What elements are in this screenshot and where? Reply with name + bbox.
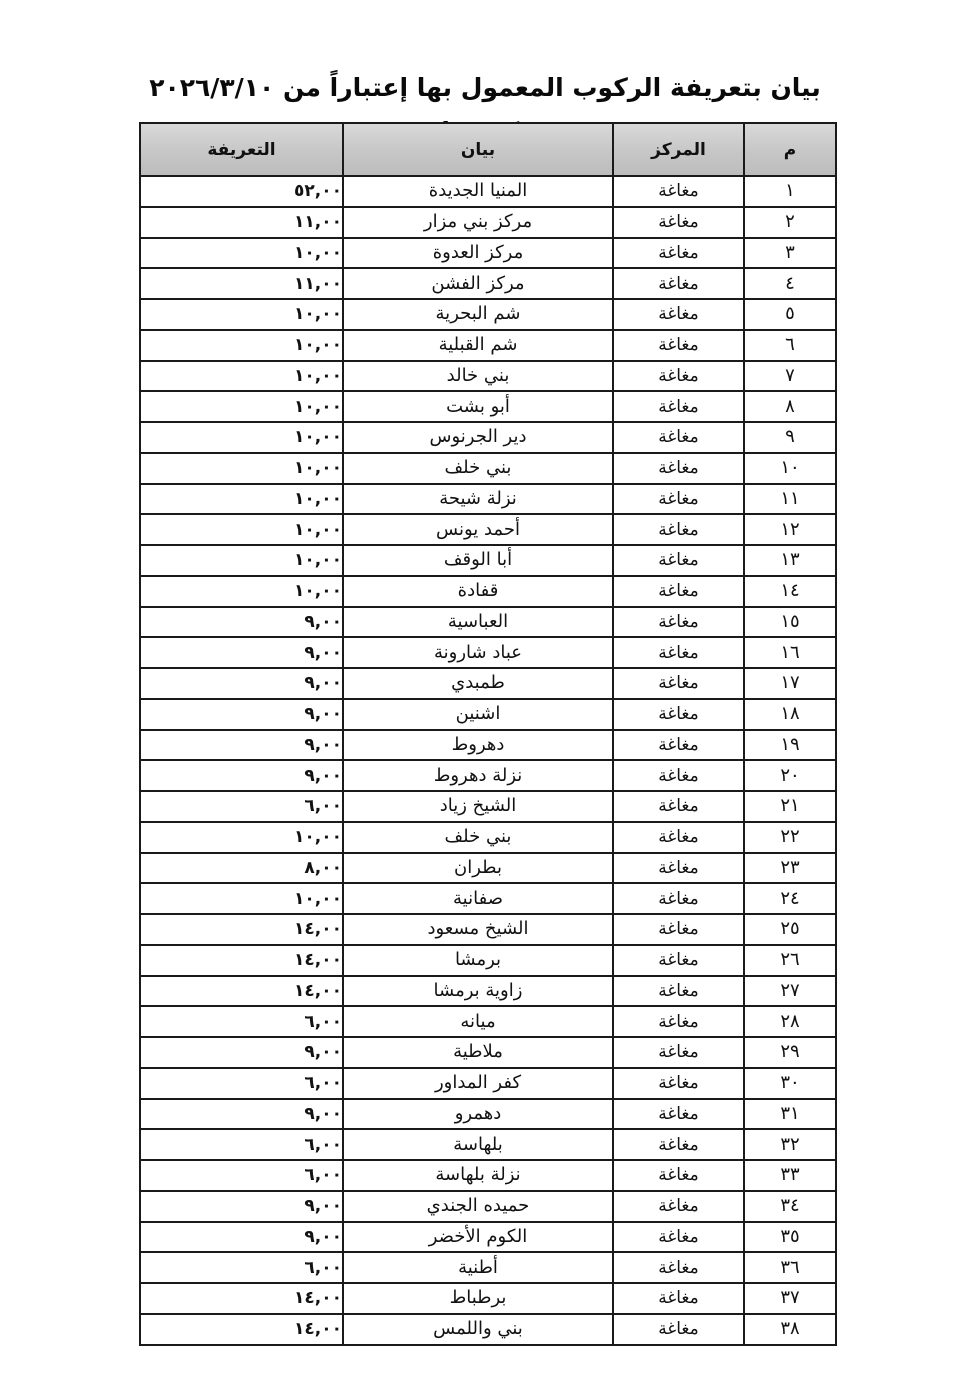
cell-fare: ١٠,٠٠ <box>140 361 343 392</box>
table-row: ٦مغاغةشم القبلية١٠,٠٠ <box>140 330 836 361</box>
cell-description: صفانية <box>343 883 613 914</box>
cell-fare: ١٠,٠٠ <box>140 453 343 484</box>
cell-description: المنيا الجديدة <box>343 176 613 207</box>
table-row: ٢مغاغةمركز بني مزار١١,٠٠ <box>140 207 836 238</box>
table-row: ١مغاغةالمنيا الجديدة٥٢,٠٠ <box>140 176 836 207</box>
cell-number: ٣٣ <box>744 1160 836 1191</box>
table-row: ١٩مغاغةدهروط٩,٠٠ <box>140 730 836 761</box>
cell-center: مغاغة <box>613 1006 744 1037</box>
cell-number: ١٩ <box>744 730 836 761</box>
cell-center: مغاغة <box>613 1160 744 1191</box>
cell-number: ٢٨ <box>744 1006 836 1037</box>
cell-description: مركز العدوة <box>343 238 613 269</box>
cell-number: ٢٧ <box>744 976 836 1007</box>
cell-description: ميانه <box>343 1006 613 1037</box>
cell-number: ١٦ <box>744 637 836 668</box>
table-row: ٢٩مغاغةملاطية٩,٠٠ <box>140 1037 836 1068</box>
cell-description: أطنية <box>343 1252 613 1283</box>
cell-fare: ١٠,٠٠ <box>140 238 343 269</box>
cell-description: العباسية <box>343 607 613 638</box>
cell-number: ٢١ <box>744 791 836 822</box>
cell-fare: ١٠,٠٠ <box>140 391 343 422</box>
cell-center: مغاغة <box>613 1099 744 1130</box>
cell-center: مغاغة <box>613 607 744 638</box>
cell-center: مغاغة <box>613 299 744 330</box>
cell-description: اشنين <box>343 699 613 730</box>
cell-description: برطباط <box>343 1283 613 1314</box>
table-row: ٤مغاغةمركز الفشن١١,٠٠ <box>140 268 836 299</box>
cell-number: ١٢ <box>744 514 836 545</box>
cell-description: طمبدي <box>343 668 613 699</box>
cell-center: مغاغة <box>613 730 744 761</box>
table-row: ١٥مغاغةالعباسية٩,٠٠ <box>140 607 836 638</box>
cell-description: نزلة بلهاسة <box>343 1160 613 1191</box>
cell-fare: ١١,٠٠ <box>140 207 343 238</box>
cell-center: مغاغة <box>613 268 744 299</box>
cell-center: مغاغة <box>613 576 744 607</box>
table-row: ٣٠مغاغةكفر المداور٦,٠٠ <box>140 1068 836 1099</box>
header-center: المركز <box>613 123 744 176</box>
cell-center: مغاغة <box>613 1222 744 1253</box>
table-row: ١١مغاغةنزلة شيحة١٠,٠٠ <box>140 484 836 515</box>
cell-center: مغاغة <box>613 668 744 699</box>
cell-number: ٢٠ <box>744 760 836 791</box>
cell-number: ٣٨ <box>744 1314 836 1345</box>
cell-center: مغاغة <box>613 1314 744 1345</box>
table-row: ١٧مغاغةطمبدي٩,٠٠ <box>140 668 836 699</box>
cell-fare: ١٤,٠٠ <box>140 945 343 976</box>
cell-center: مغاغة <box>613 453 744 484</box>
cell-description: مركز بني مزار <box>343 207 613 238</box>
table-row: ٢١مغاغةالشيخ زياد٦,٠٠ <box>140 791 836 822</box>
fare-table: م المركز بيان التعريفة ١مغاغةالمنيا الجد… <box>139 122 837 1346</box>
cell-fare: ١٠,٠٠ <box>140 422 343 453</box>
cell-description: مركز الفشن <box>343 268 613 299</box>
cell-number: ٦ <box>744 330 836 361</box>
cell-center: مغاغة <box>613 1252 744 1283</box>
table-row: ٨مغاغةأبو بشت١٠,٠٠ <box>140 391 836 422</box>
cell-description: بني خلف <box>343 453 613 484</box>
cell-center: مغاغة <box>613 1283 744 1314</box>
table-row: ٣٥مغاغةالكوم الأخضر٩,٠٠ <box>140 1222 836 1253</box>
cell-fare: ٩,٠٠ <box>140 668 343 699</box>
cell-center: مغاغة <box>613 514 744 545</box>
table-row: ٢٠مغاغةنزلة دهروط٩,٠٠ <box>140 760 836 791</box>
cell-description: أحمد يونس <box>343 514 613 545</box>
cell-description: كفر المداور <box>343 1068 613 1099</box>
cell-description: بني خالد <box>343 361 613 392</box>
cell-description: نزلة دهروط <box>343 760 613 791</box>
cell-description: دير الجرنوس <box>343 422 613 453</box>
cell-fare: ١١,٠٠ <box>140 268 343 299</box>
cell-fare: ١٠,٠٠ <box>140 299 343 330</box>
cell-fare: ٩,٠٠ <box>140 637 343 668</box>
cell-center: مغاغة <box>613 545 744 576</box>
header-description: بيان <box>343 123 613 176</box>
cell-fare: ٩,٠٠ <box>140 607 343 638</box>
cell-description: بني خلف <box>343 822 613 853</box>
cell-description: بطران <box>343 853 613 884</box>
cell-fare: ١٠,٠٠ <box>140 822 343 853</box>
cell-fare: ٨,٠٠ <box>140 853 343 884</box>
table-row: ٣٤مغاغةحميده الجندي٩,٠٠ <box>140 1191 836 1222</box>
table-row: ١٨مغاغةاشنين٩,٠٠ <box>140 699 836 730</box>
cell-center: مغاغة <box>613 822 744 853</box>
table-row: ٧مغاغةبني خالد١٠,٠٠ <box>140 361 836 392</box>
cell-number: ٩ <box>744 422 836 453</box>
cell-number: ١٨ <box>744 699 836 730</box>
cell-fare: ١٠,٠٠ <box>140 514 343 545</box>
table-row: ٢٥مغاغةالشيخ مسعود١٤,٠٠ <box>140 914 836 945</box>
cell-number: ٢٦ <box>744 945 836 976</box>
cell-center: مغاغة <box>613 1191 744 1222</box>
table-row: ٣٢مغاغةبلهاسة٦,٠٠ <box>140 1129 836 1160</box>
cell-fare: ٦,٠٠ <box>140 1068 343 1099</box>
cell-center: مغاغة <box>613 945 744 976</box>
cell-center: مغاغة <box>613 976 744 1007</box>
cell-number: ٢٥ <box>744 914 836 945</box>
cell-description: الكوم الأخضر <box>343 1222 613 1253</box>
cell-description: عباد شارونة <box>343 637 613 668</box>
cell-fare: ٩,٠٠ <box>140 1222 343 1253</box>
table-row: ٣مغاغةمركز العدوة١٠,٠٠ <box>140 238 836 269</box>
cell-center: مغاغة <box>613 207 744 238</box>
table-row: ١٦مغاغةعباد شارونة٩,٠٠ <box>140 637 836 668</box>
cell-description: شم البحرية <box>343 299 613 330</box>
cell-fare: ١٠,٠٠ <box>140 330 343 361</box>
cell-description: دهروط <box>343 730 613 761</box>
cell-center: مغاغة <box>613 391 744 422</box>
cell-center: مغاغة <box>613 914 744 945</box>
cell-number: ١٥ <box>744 607 836 638</box>
cell-number: ٧ <box>744 361 836 392</box>
cell-description: نزلة شيحة <box>343 484 613 515</box>
cell-fare: ١٤,٠٠ <box>140 976 343 1007</box>
cell-number: ١٣ <box>744 545 836 576</box>
cell-description: برمشا <box>343 945 613 976</box>
cell-fare: ١٠,٠٠ <box>140 576 343 607</box>
cell-center: مغاغة <box>613 330 744 361</box>
cell-center: مغاغة <box>613 699 744 730</box>
cell-center: مغاغة <box>613 760 744 791</box>
table-row: ٥مغاغةشم البحرية١٠,٠٠ <box>140 299 836 330</box>
cell-number: ٨ <box>744 391 836 422</box>
cell-number: ٣٠ <box>744 1068 836 1099</box>
cell-number: ١١ <box>744 484 836 515</box>
cell-fare: ٩,٠٠ <box>140 760 343 791</box>
cell-fare: ٦,٠٠ <box>140 1160 343 1191</box>
cell-fare: ١٠,٠٠ <box>140 883 343 914</box>
cell-number: ٥ <box>744 299 836 330</box>
cell-center: مغاغة <box>613 883 744 914</box>
cell-center: مغاغة <box>613 422 744 453</box>
cell-number: ٣٢ <box>744 1129 836 1160</box>
cell-center: مغاغة <box>613 853 744 884</box>
table-row: ٢٦مغاغةبرمشا١٤,٠٠ <box>140 945 836 976</box>
cell-description: الشيخ مسعود <box>343 914 613 945</box>
cell-number: ٣ <box>744 238 836 269</box>
cell-number: ٢ <box>744 207 836 238</box>
cell-description: زاوية برمشا <box>343 976 613 1007</box>
table-row: ٣٦مغاغةأطنية٦,٠٠ <box>140 1252 836 1283</box>
cell-description: الشيخ زياد <box>343 791 613 822</box>
cell-number: ٣٧ <box>744 1283 836 1314</box>
table-row: ٣٨مغاغةبني واللمس١٤,٠٠ <box>140 1314 836 1345</box>
cell-center: مغاغة <box>613 361 744 392</box>
table-row: ١٠مغاغةبني خلف١٠,٠٠ <box>140 453 836 484</box>
table-row: ٣٧مغاغةبرطباط١٤,٠٠ <box>140 1283 836 1314</box>
cell-number: ١٧ <box>744 668 836 699</box>
cell-description: ملاطية <box>343 1037 613 1068</box>
cell-description: أبا الوقف <box>343 545 613 576</box>
table-row: ١٤مغاغةقفادة١٠,٠٠ <box>140 576 836 607</box>
cell-fare: ١٠,٠٠ <box>140 545 343 576</box>
cell-description: دهمرو <box>343 1099 613 1130</box>
cell-number: ٢٩ <box>744 1037 836 1068</box>
cell-fare: ٦,٠٠ <box>140 1252 343 1283</box>
cell-fare: ٥٢,٠٠ <box>140 176 343 207</box>
cell-description: أبو بشت <box>343 391 613 422</box>
table-row: ٢٧مغاغةزاوية برمشا١٤,٠٠ <box>140 976 836 1007</box>
table-header-row: م المركز بيان التعريفة <box>140 123 836 176</box>
cell-description: قفادة <box>343 576 613 607</box>
cell-number: ١٠ <box>744 453 836 484</box>
cell-fare: ٦,٠٠ <box>140 1006 343 1037</box>
cell-center: مغاغة <box>613 176 744 207</box>
cell-center: مغاغة <box>613 637 744 668</box>
cell-number: ٢٤ <box>744 883 836 914</box>
cell-description: بني واللمس <box>343 1314 613 1345</box>
cell-number: ٣٥ <box>744 1222 836 1253</box>
cell-number: ٤ <box>744 268 836 299</box>
cell-center: مغاغة <box>613 1068 744 1099</box>
table-row: ١٣مغاغةأبا الوقف١٠,٠٠ <box>140 545 836 576</box>
table-row: ٢٣مغاغةبطران٨,٠٠ <box>140 853 836 884</box>
cell-fare: ١٤,٠٠ <box>140 1314 343 1345</box>
cell-number: ١ <box>744 176 836 207</box>
cell-fare: ٦,٠٠ <box>140 791 343 822</box>
cell-number: ٣٦ <box>744 1252 836 1283</box>
header-number: م <box>744 123 836 176</box>
table-row: ٣١مغاغةدهمرو٩,٠٠ <box>140 1099 836 1130</box>
table-row: ٢٨مغاغةميانه٦,٠٠ <box>140 1006 836 1037</box>
header-fare: التعريفة <box>140 123 343 176</box>
cell-description: شم القبلية <box>343 330 613 361</box>
cell-center: مغاغة <box>613 484 744 515</box>
table-row: ١٢مغاغةأحمد يونس١٠,٠٠ <box>140 514 836 545</box>
table-row: ٢٤مغاغةصفانية١٠,٠٠ <box>140 883 836 914</box>
cell-fare: ١٠,٠٠ <box>140 484 343 515</box>
cell-fare: ١٤,٠٠ <box>140 914 343 945</box>
cell-description: بلهاسة <box>343 1129 613 1160</box>
cell-fare: ٩,٠٠ <box>140 1099 343 1130</box>
cell-center: مغاغة <box>613 1037 744 1068</box>
cell-fare: ٩,٠٠ <box>140 699 343 730</box>
cell-fare: ٩,٠٠ <box>140 1191 343 1222</box>
cell-number: ٢٣ <box>744 853 836 884</box>
cell-fare: ٩,٠٠ <box>140 1037 343 1068</box>
table-body: ١مغاغةالمنيا الجديدة٥٢,٠٠٢مغاغةمركز بني … <box>140 176 836 1345</box>
cell-fare: ٩,٠٠ <box>140 730 343 761</box>
cell-number: ٣٤ <box>744 1191 836 1222</box>
cell-fare: ٦,٠٠ <box>140 1129 343 1160</box>
cell-number: ٣١ <box>744 1099 836 1130</box>
cell-fare: ١٤,٠٠ <box>140 1283 343 1314</box>
cell-center: مغاغة <box>613 1129 744 1160</box>
table-row: ٣٣مغاغةنزلة بلهاسة٦,٠٠ <box>140 1160 836 1191</box>
table-row: ٢٢مغاغةبني خلف١٠,٠٠ <box>140 822 836 853</box>
cell-description: حميده الجندي <box>343 1191 613 1222</box>
cell-center: مغاغة <box>613 238 744 269</box>
cell-center: مغاغة <box>613 791 744 822</box>
cell-number: ١٤ <box>744 576 836 607</box>
cell-number: ٢٢ <box>744 822 836 853</box>
table-row: ٩مغاغةدير الجرنوس١٠,٠٠ <box>140 422 836 453</box>
